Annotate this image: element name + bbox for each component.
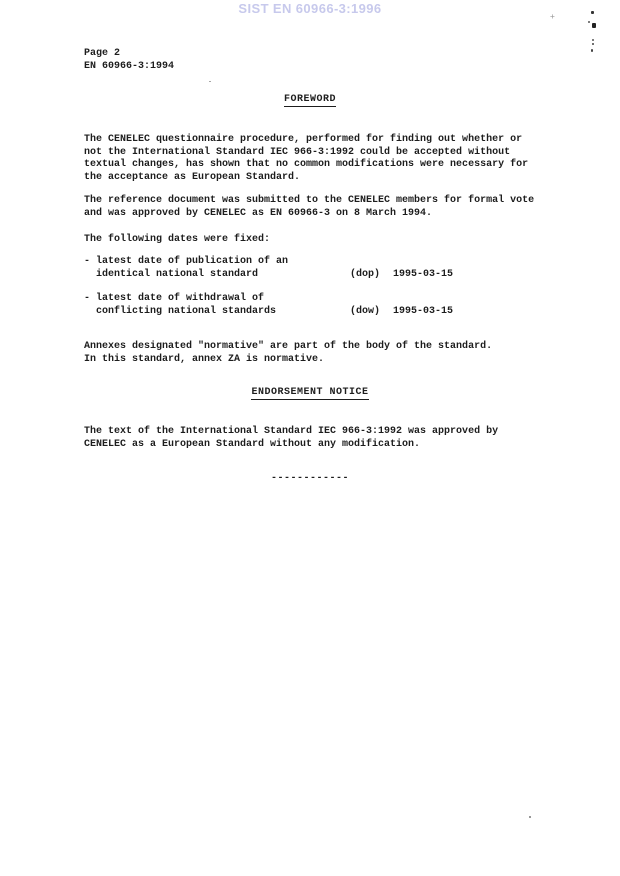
foreword-heading: FOREWORD — [0, 94, 620, 107]
endorsement-heading: ENDORSEMENT NOTICE — [0, 387, 620, 400]
date-row-dow: - latest date of withdrawal of conflicti… — [84, 293, 564, 318]
date-row-dop: - latest date of publication of an ident… — [84, 256, 564, 281]
paragraph-annexes: Annexes designated "normative" are part … — [84, 341, 492, 366]
scan-speck — [529, 816, 531, 818]
scan-speck — [592, 39, 594, 41]
date-label-dop: (dop) — [350, 269, 380, 282]
scan-speck — [591, 49, 593, 52]
foreword-heading-text: FOREWORD — [284, 94, 336, 107]
date-label-dow: (dow) — [350, 306, 380, 319]
scan-speck — [588, 21, 590, 23]
paragraph-dates-intro: The following dates were fixed: — [84, 234, 270, 247]
watermark-standard-id: SIST EN 60966-3:1996 — [0, 1, 620, 16]
date-value-dow: 1995-03-15 — [393, 306, 453, 319]
scan-speck — [592, 43, 594, 45]
paragraph-questionnaire: The CENELEC questionnaire procedure, per… — [84, 134, 528, 184]
paragraph-endorsement: The text of the International Standard I… — [84, 426, 498, 451]
dashed-separator: ------------ — [0, 473, 620, 486]
paragraph-reference-document: The reference document was submitted to … — [84, 195, 534, 220]
date-value-dop: 1995-03-15 — [393, 269, 453, 282]
date-item-text: - latest date of publication of an ident… — [84, 256, 564, 281]
date-item-text: - latest date of withdrawal of conflicti… — [84, 293, 564, 318]
scan-plus-artifact: + — [550, 12, 555, 21]
page-header-info: Page 2 EN 60966-3:1994 — [84, 47, 174, 73]
scan-speck — [592, 23, 596, 28]
endorsement-heading-text: ENDORSEMENT NOTICE — [251, 387, 368, 400]
scanned-document-page: SIST EN 60966-3:1996 + Page 2 EN 60966-3… — [0, 0, 620, 876]
scan-speck — [209, 81, 211, 82]
scan-speck — [591, 11, 594, 14]
